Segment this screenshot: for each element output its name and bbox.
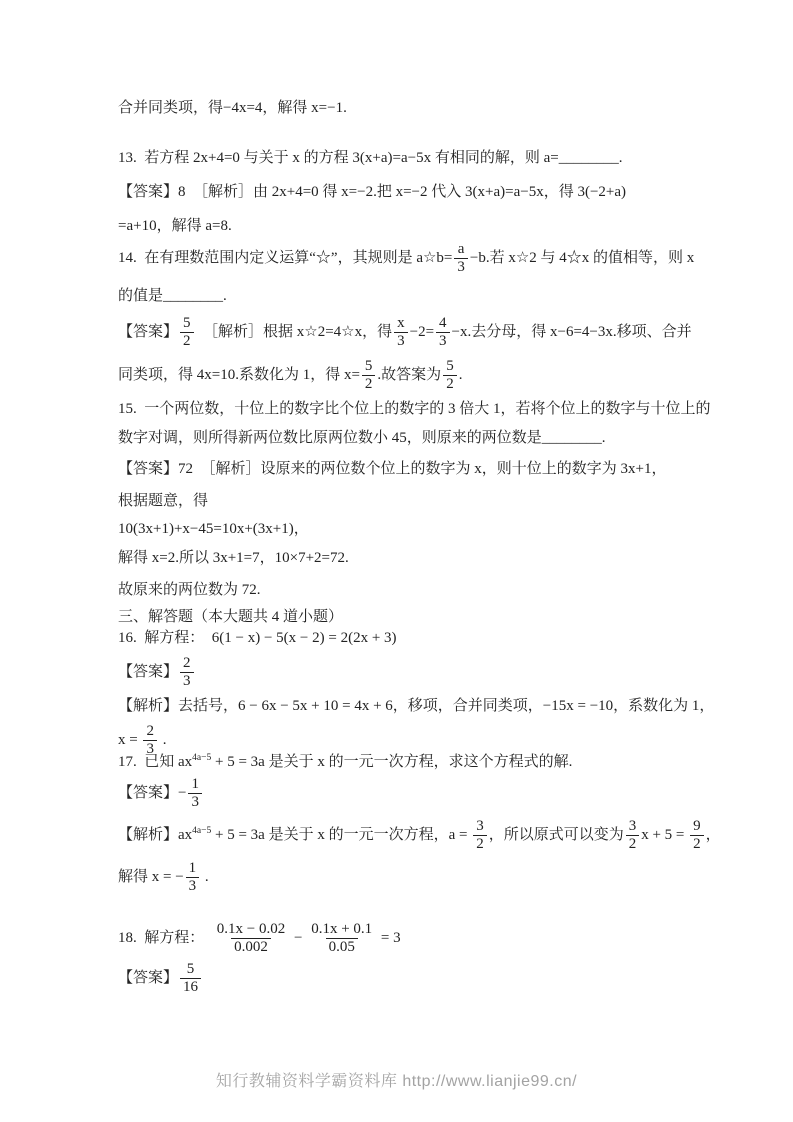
fraction-numerator: 5 bbox=[184, 961, 198, 978]
fraction-denominator: 2 bbox=[362, 375, 376, 393]
text-run: 16. 解方程： 6(1 − x) − 5(x − 2) = 2(2x + 3) bbox=[118, 630, 397, 646]
fraction-denominator: 3 bbox=[454, 258, 468, 276]
text-run: −b.若 x☆2 与 4☆x 的值相等，则 x bbox=[470, 250, 694, 266]
text-run: =a+10，解得 a=8. bbox=[118, 218, 232, 234]
superscript-exponent: 4a−5 bbox=[192, 826, 211, 836]
text-run: 三、解答题（本大题共 4 道小题） bbox=[118, 609, 343, 625]
fraction-numerator: 2 bbox=[180, 655, 194, 672]
question-13-answer-line-1: 【答案】8 ［解析］由 2x+4=0 得 x=−2.把 x=−2 代入 3(x+… bbox=[118, 183, 626, 202]
fraction-denominator: 3 bbox=[180, 672, 194, 690]
text-run: 故原来的两位数为 72. bbox=[118, 582, 261, 598]
fraction: 13 bbox=[188, 776, 202, 812]
fraction-numerator: 2 bbox=[143, 723, 157, 740]
text-run: −x.去分母，得 x−6=4−3x.移项、合并 bbox=[452, 324, 692, 340]
fraction-denominator: 2 bbox=[473, 835, 487, 853]
text-run: 【解析】ax bbox=[118, 827, 192, 843]
text-run: 15. 一个两位数，十位上的数字比个位上的数字的 3 倍大 1，若将个位上的数字… bbox=[118, 401, 711, 417]
text-run: + 5 = 3a 是关于 x 的一元一次方程，求这个方程式的解. bbox=[211, 754, 572, 770]
question-13-answer-line-2: =a+10，解得 a=8. bbox=[118, 217, 232, 236]
question-14-answer-line-1: 【答案】52 ［解析］根据 x☆2=4☆x，得x3−2=43−x.去分母，得 x… bbox=[118, 310, 692, 354]
fraction-numerator: 0.1x + 0.1 bbox=[308, 921, 375, 938]
text-run: 【答案】72 ［解析］设原来的两位数个位上的数字为 x，则十位上的数字为 3x+… bbox=[118, 461, 666, 477]
question-16-stem: 16. 解方程： 6(1 − x) − 5(x − 2) = 2(2x + 3) bbox=[118, 629, 397, 648]
question-17-answer: 【答案】−13 bbox=[118, 771, 204, 815]
text-run: 17. 已知 ax bbox=[118, 754, 192, 770]
fraction: 52 bbox=[180, 315, 194, 351]
fraction: 52 bbox=[443, 358, 457, 394]
question-18-stem: 18. 解方程： 0.1x − 0.020.002 − 0.1x + 0.10.… bbox=[118, 916, 401, 960]
text-run: 14. 在有理数范围内定义运算“☆”，其规则是 a☆b= bbox=[118, 250, 452, 266]
fraction: a3 bbox=[454, 241, 468, 277]
fraction: 52 bbox=[362, 358, 376, 394]
question-16-explanation-line-1: 【解析】去括号，6 − 6x − 5x + 10 = 4x + 6，移项，合并同… bbox=[118, 697, 714, 716]
section-3-heading: 三、解答题（本大题共 4 道小题） bbox=[118, 608, 343, 627]
text-run: + 5 = 3a 是关于 x 的一元一次方程，a = bbox=[211, 827, 471, 843]
document-page: 合并同类项，得−4x=4，解得 x=−1. 13. 若方程 2x+4=0 与关于… bbox=[0, 0, 793, 1122]
question-15-answer-line-4: 解得 x=2.所以 3x+1=7，10×7+2=72. bbox=[118, 549, 349, 568]
text-run: 解得 x = − bbox=[118, 869, 184, 885]
fraction-numerator: 3 bbox=[626, 818, 640, 835]
fraction: 23 bbox=[180, 655, 194, 691]
text-run: ，所以原式可以变为 bbox=[489, 827, 624, 843]
question-15-stem-line-1: 15. 一个两位数，十位上的数字比个位上的数字的 3 倍大 1，若将个位上的数字… bbox=[118, 400, 711, 419]
fraction-numerator: a bbox=[455, 241, 468, 258]
question-17-explanation-line-1: 【解析】ax4a−5 + 5 = 3a 是关于 x 的一元一次方程，a = 32… bbox=[118, 813, 721, 857]
question-15-equation-line: 10(3x+1)+x−45=10x+(3x+1)， bbox=[118, 520, 309, 539]
fraction-numerator: x bbox=[394, 315, 408, 332]
fraction-denominator: 0.002 bbox=[231, 938, 271, 956]
question-13-stem: 13. 若方程 2x+4=0 与关于 x 的方程 3(x+a)=a−5x 有相同… bbox=[118, 149, 622, 168]
fraction-numerator: 3 bbox=[473, 818, 487, 835]
text-run: 【答案】 bbox=[118, 970, 178, 986]
fraction-denominator: 3 bbox=[394, 332, 408, 350]
question-17-explanation-line-2: 解得 x = −13 . bbox=[118, 855, 209, 899]
question-14-answer-line-2: 同类项，得 4x=10.系数化为 1，得 x=52.故答案为52. bbox=[118, 353, 462, 397]
text-run: 【答案】 bbox=[118, 324, 178, 340]
text-run: 18. 解方程： bbox=[118, 930, 212, 946]
text-run: . bbox=[201, 869, 209, 885]
fraction-denominator: 16 bbox=[180, 978, 201, 996]
fraction: 43 bbox=[436, 315, 450, 351]
text-run: = 3 bbox=[377, 930, 400, 946]
fraction-numerator: 5 bbox=[180, 315, 194, 332]
question-15-answer-line-1: 【答案】72 ［解析］设原来的两位数个位上的数字为 x，则十位上的数字为 3x+… bbox=[118, 460, 666, 479]
fraction-denominator: 2 bbox=[690, 835, 704, 853]
text-run: 【答案】 bbox=[118, 664, 178, 680]
question-14-stem-line-2: 的值是________. bbox=[118, 287, 227, 306]
question-16-answer: 【答案】23 bbox=[118, 650, 196, 694]
fraction: x3 bbox=[394, 315, 408, 351]
fraction-numerator: 5 bbox=[443, 358, 457, 375]
fraction-numerator: 5 bbox=[362, 358, 376, 375]
fraction-numerator: 9 bbox=[690, 818, 704, 835]
fraction: 32 bbox=[626, 818, 640, 854]
text-run: − bbox=[290, 930, 306, 946]
superscript-exponent: 4a−5 bbox=[192, 753, 211, 763]
question-15-answer-line-5: 故原来的两位数为 72. bbox=[118, 581, 261, 600]
text-run: x = bbox=[118, 732, 141, 748]
text-run: 数字对调，则所得新两位数比原两位数小 45，则原来的两位数是________. bbox=[118, 430, 606, 446]
fraction: 0.1x + 0.10.05 bbox=[308, 921, 375, 957]
text-run: ， bbox=[706, 827, 721, 843]
text-run: .故答案为 bbox=[377, 367, 441, 383]
text-run: 13. 若方程 2x+4=0 与关于 x 的方程 3(x+a)=a−5x 有相同… bbox=[118, 150, 622, 166]
fraction-numerator: 4 bbox=[436, 315, 450, 332]
fraction-denominator: 0.05 bbox=[326, 938, 358, 956]
solution-carryover-line: 合并同类项，得−4x=4，解得 x=−1. bbox=[118, 99, 347, 118]
text-run: 【答案】8 ［解析］由 2x+4=0 得 x=−2.把 x=−2 代入 3(x+… bbox=[118, 184, 626, 200]
question-15-stem-line-2: 数字对调，则所得新两位数比原两位数小 45，则原来的两位数是________. bbox=[118, 429, 606, 448]
fraction-denominator: 2 bbox=[626, 835, 640, 853]
fraction-numerator: 1 bbox=[186, 860, 200, 877]
text-run: 的值是________. bbox=[118, 288, 227, 304]
text-run: ［解析］根据 x☆2=4☆x，得 bbox=[196, 324, 393, 340]
fraction-denominator: 3 bbox=[188, 793, 202, 811]
fraction: 92 bbox=[690, 818, 704, 854]
text-run: 同类项，得 4x=10.系数化为 1，得 x= bbox=[118, 367, 360, 383]
text-run: 合并同类项，得−4x=4，解得 x=−1. bbox=[118, 100, 347, 116]
text-run: 【答案】− bbox=[118, 785, 186, 801]
text-run: 10(3x+1)+x−45=10x+(3x+1)， bbox=[118, 521, 309, 537]
fraction: 13 bbox=[186, 860, 200, 896]
question-17-stem: 17. 已知 ax4a−5 + 5 = 3a 是关于 x 的一元一次方程，求这个… bbox=[118, 753, 572, 772]
fraction: 32 bbox=[473, 818, 487, 854]
text-run: −2= bbox=[410, 324, 434, 340]
fraction-denominator: 2 bbox=[443, 375, 457, 393]
fraction-denominator: 3 bbox=[436, 332, 450, 350]
text-run: . bbox=[459, 367, 463, 383]
text-run: x + 5 = bbox=[641, 827, 688, 843]
question-14-stem: 14. 在有理数范围内定义运算“☆”，其规则是 a☆b=a3−b.若 x☆2 与… bbox=[118, 236, 694, 280]
fraction: 516 bbox=[180, 961, 201, 997]
fraction-denominator: 2 bbox=[180, 332, 194, 350]
question-18-answer: 【答案】516 bbox=[118, 956, 203, 1000]
question-15-answer-line-2: 根据题意，得 bbox=[118, 492, 208, 511]
text-run: 解得 x=2.所以 3x+1=7，10×7+2=72. bbox=[118, 550, 349, 566]
text-run: 【解析】去括号，6 − 6x − 5x + 10 = 4x + 6，移项，合并同… bbox=[118, 698, 714, 714]
footer-site-link[interactable]: 知行教辅资料学霸资料库 http://www.lianjie99.cn/ bbox=[0, 1068, 793, 1091]
text-run: . bbox=[159, 732, 167, 748]
fraction: 0.1x − 0.020.002 bbox=[214, 921, 288, 957]
text-run: 根据题意，得 bbox=[118, 493, 208, 509]
fraction-denominator: 3 bbox=[186, 877, 200, 895]
fraction-numerator: 0.1x − 0.02 bbox=[214, 921, 288, 938]
fraction-numerator: 1 bbox=[188, 776, 202, 793]
